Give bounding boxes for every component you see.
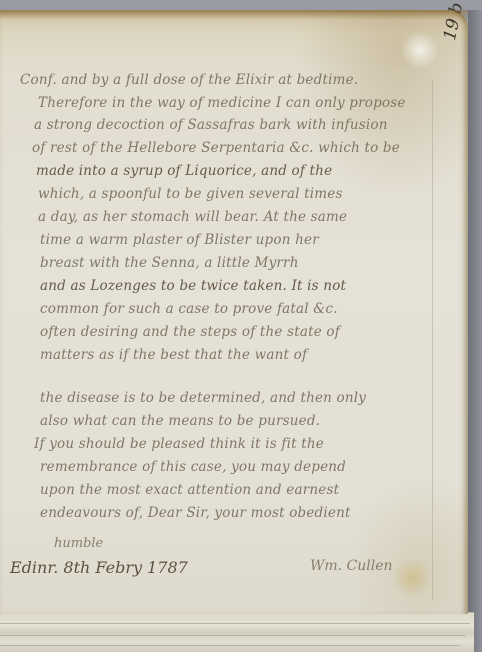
letter-line: upon the most exact attention and earnes… xyxy=(40,482,339,498)
letter-line: a day, as her stomach will bear. At the … xyxy=(38,209,347,225)
letter-line: which, a spoonful to be given several ti… xyxy=(38,186,343,202)
closing-humble: humble xyxy=(54,536,103,551)
signature: Wm. Cullen xyxy=(310,558,393,574)
letter-line: If you should be pleased think it is fit… xyxy=(34,436,324,452)
letter-line: often desiring and the steps of the stat… xyxy=(40,324,340,340)
page-edge-line xyxy=(0,635,466,636)
letter-line: and as Lozenges to be twice taken. It is… xyxy=(40,278,346,294)
letter-line: the disease is to be determined, and the… xyxy=(40,390,366,406)
letter-line: a strong decoction of Sassafras bark wit… xyxy=(34,117,388,133)
manuscript-sheet: 19 b Conf. and by a full dose of the Eli… xyxy=(0,10,468,614)
letter-line: matters as if the best that the want of xyxy=(40,347,307,363)
underlying-pages xyxy=(0,612,474,652)
letter-line: Conf. and by a full dose of the Elixir a… xyxy=(20,72,358,88)
page-edge-line xyxy=(0,623,470,624)
letter-line: common for such a case to prove fatal &c… xyxy=(40,301,338,317)
foxing-stain xyxy=(392,558,432,598)
letter-line: endeavours of, Dear Sir, your most obedi… xyxy=(40,505,351,521)
letter-line: time a warm plaster of Blister upon her xyxy=(40,232,319,248)
letter-line: of rest of the Hellebore Serpentaria &c.… xyxy=(32,140,400,156)
margin-rule xyxy=(432,80,433,600)
letter-line: remembrance of this case, you may depend xyxy=(40,459,346,475)
letter-line: Therefore in the way of medicine I can o… xyxy=(38,95,406,111)
letter-line: breast with the Senna, a little Myrrh xyxy=(40,255,299,271)
backdrop-right-edge xyxy=(468,10,482,652)
letter-line: made into a syrup of Liquorice, and of t… xyxy=(36,163,332,179)
letter-line: also what can the means to be pursued. xyxy=(40,413,320,429)
paper-stain xyxy=(400,32,440,68)
dateline: Edinr. 8th Febry 1787 xyxy=(10,558,188,577)
page-edge-line xyxy=(0,645,460,646)
